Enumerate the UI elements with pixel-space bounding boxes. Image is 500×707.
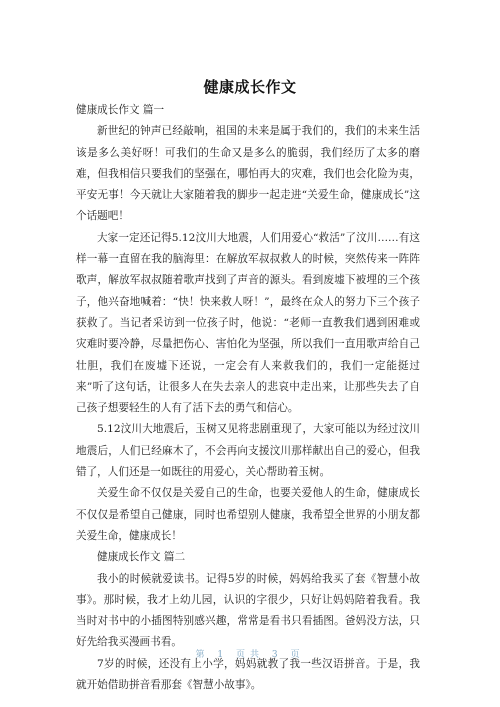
section-heading-1: 健康成长作文 篇一 [76, 100, 420, 121]
paragraph: 5.12汶川大地震后，玉树又见将悲剧重现了，大家可能以为经过汶川地震后，人们已经… [76, 419, 420, 483]
document-title: 健康成长作文 [0, 76, 500, 97]
document-body: 健康成长作文 篇一 新世纪的钟声已经敲响，祖国的未来是属于我们的，我们的未来生活… [76, 100, 420, 696]
paragraph: 大家一定还记得5.12汶川大地震，人们用爱心“救活”了汶川……有这样一幕一直留在… [76, 228, 420, 420]
paragraph: 7岁的时候，还没有上小学，妈妈就教了我一些汉语拼音。于是，我就开始借助拼音看那套… [76, 654, 420, 697]
page-footer: 第 1 页共 3 页 [0, 647, 500, 660]
paragraph: 关爱生命不仅仅是关爱自己的生命，也要关爱他人的生命，健康成长不仅仅是希望自己健康… [76, 483, 420, 547]
document-page: 健康成长作文 健康成长作文 篇一 新世纪的钟声已经敲响，祖国的未来是属于我们的，… [0, 0, 500, 707]
paragraph: 我小的时候就爱读书。记得5岁的时候，妈妈给我买了套《智慧小故事》。那时候，我才上… [76, 569, 420, 654]
section-heading-2: 健康成长作文 篇二 [76, 547, 420, 568]
paragraph: 新世纪的钟声已经敲响，祖国的未来是属于我们的，我们的未来生活该是多么美好呀！可我… [76, 121, 420, 227]
